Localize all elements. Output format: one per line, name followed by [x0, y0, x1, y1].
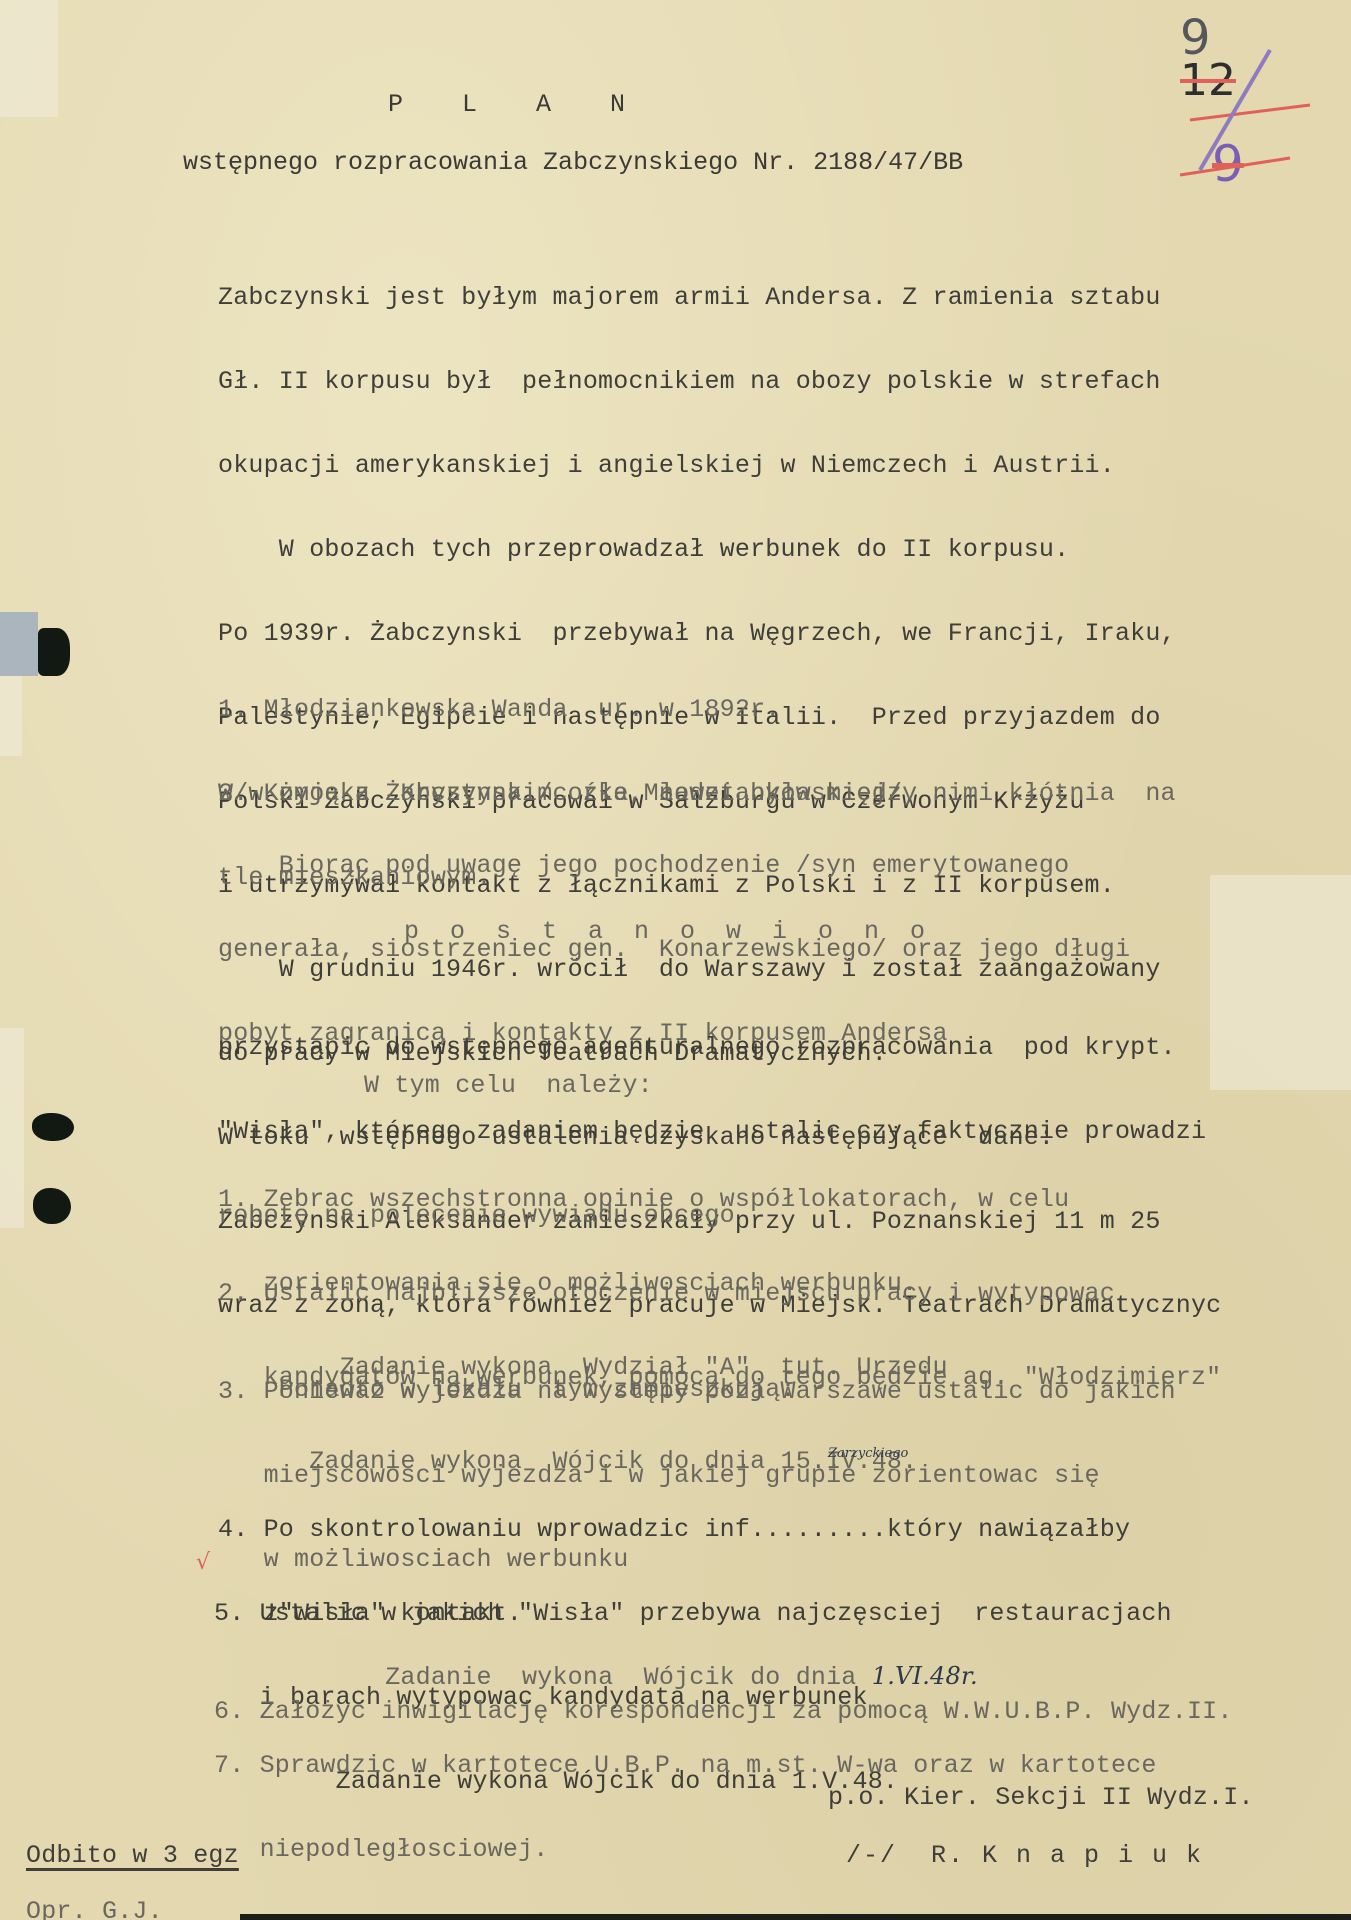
- task-line: 7. Sprawdzic w kartotece U.B.P. na m.st.…: [214, 1752, 1157, 1780]
- intro-line: okupacji amerykanskiej i angielskiej w N…: [218, 452, 1221, 480]
- punch-hole-2: [32, 1113, 74, 1141]
- task-line: 2. Ustalic najbliższe otoczenie w miejsc…: [218, 1280, 1221, 1308]
- check-mark-icon: √: [196, 1550, 210, 1575]
- page-bottom-edge: [240, 1914, 1351, 1920]
- task-line: 5. Ustalic w jakich "Wisła" przebywa naj…: [214, 1600, 1172, 1628]
- punch-hole-3: [33, 1188, 71, 1224]
- strike-lines-icon: [1170, 40, 1320, 210]
- handwritten-insert: Zarzyckiego: [828, 1446, 908, 1461]
- prepared-by: Opr. G.J.: [26, 1898, 163, 1920]
- document-title: P L A N: [388, 90, 647, 119]
- decision-heading: p o s t a n o w i o n o: [404, 918, 933, 946]
- document-subtitle: wstępnego rozpracowania Zabczynskiego Nr…: [183, 148, 963, 177]
- tape-right: [1210, 875, 1351, 1090]
- tape-left: [0, 676, 22, 756]
- intro-line: Zabczynski jest byłym majorem armii Ande…: [218, 284, 1221, 312]
- decision-line: przystąpic do wstępnego agenturalnego ro…: [218, 1034, 1206, 1062]
- signature-title: p.o. Kier. Sekcji II Wydz.I.: [828, 1784, 1254, 1812]
- intro-line: W obozach tych przeprowadzał werbunek do…: [218, 536, 1221, 564]
- copies-note: Odbito w 3 egz: [26, 1842, 239, 1870]
- intro-line: Gł. II korpusu był pełnomocnikiem na obo…: [218, 368, 1221, 396]
- tape-blue-left: [0, 612, 38, 676]
- resident-item: 1. Młodziankowska Wanda ur. w 1892r.: [218, 696, 902, 724]
- punch-hole-1: [38, 628, 70, 676]
- reasoning-line: Biorąc pod uwagę jego pochodzenie /syn e…: [218, 852, 1130, 880]
- task-line: 1. Zebrac wszechstronna opinie o współlo…: [218, 1186, 1069, 1214]
- task-line: 3. Ponieważ wyjezdza na występy poza War…: [218, 1378, 1176, 1406]
- task-line: 4. Po skontrolowaniu wprowadzic inf.....…: [218, 1516, 1130, 1544]
- tape-left-lower: [0, 1028, 24, 1228]
- signature-name: /-/ R. K n a p i u k: [846, 1842, 1203, 1870]
- tasks-intro: W tym celu należy:: [364, 1072, 653, 1100]
- tape-top-left: [0, 0, 58, 117]
